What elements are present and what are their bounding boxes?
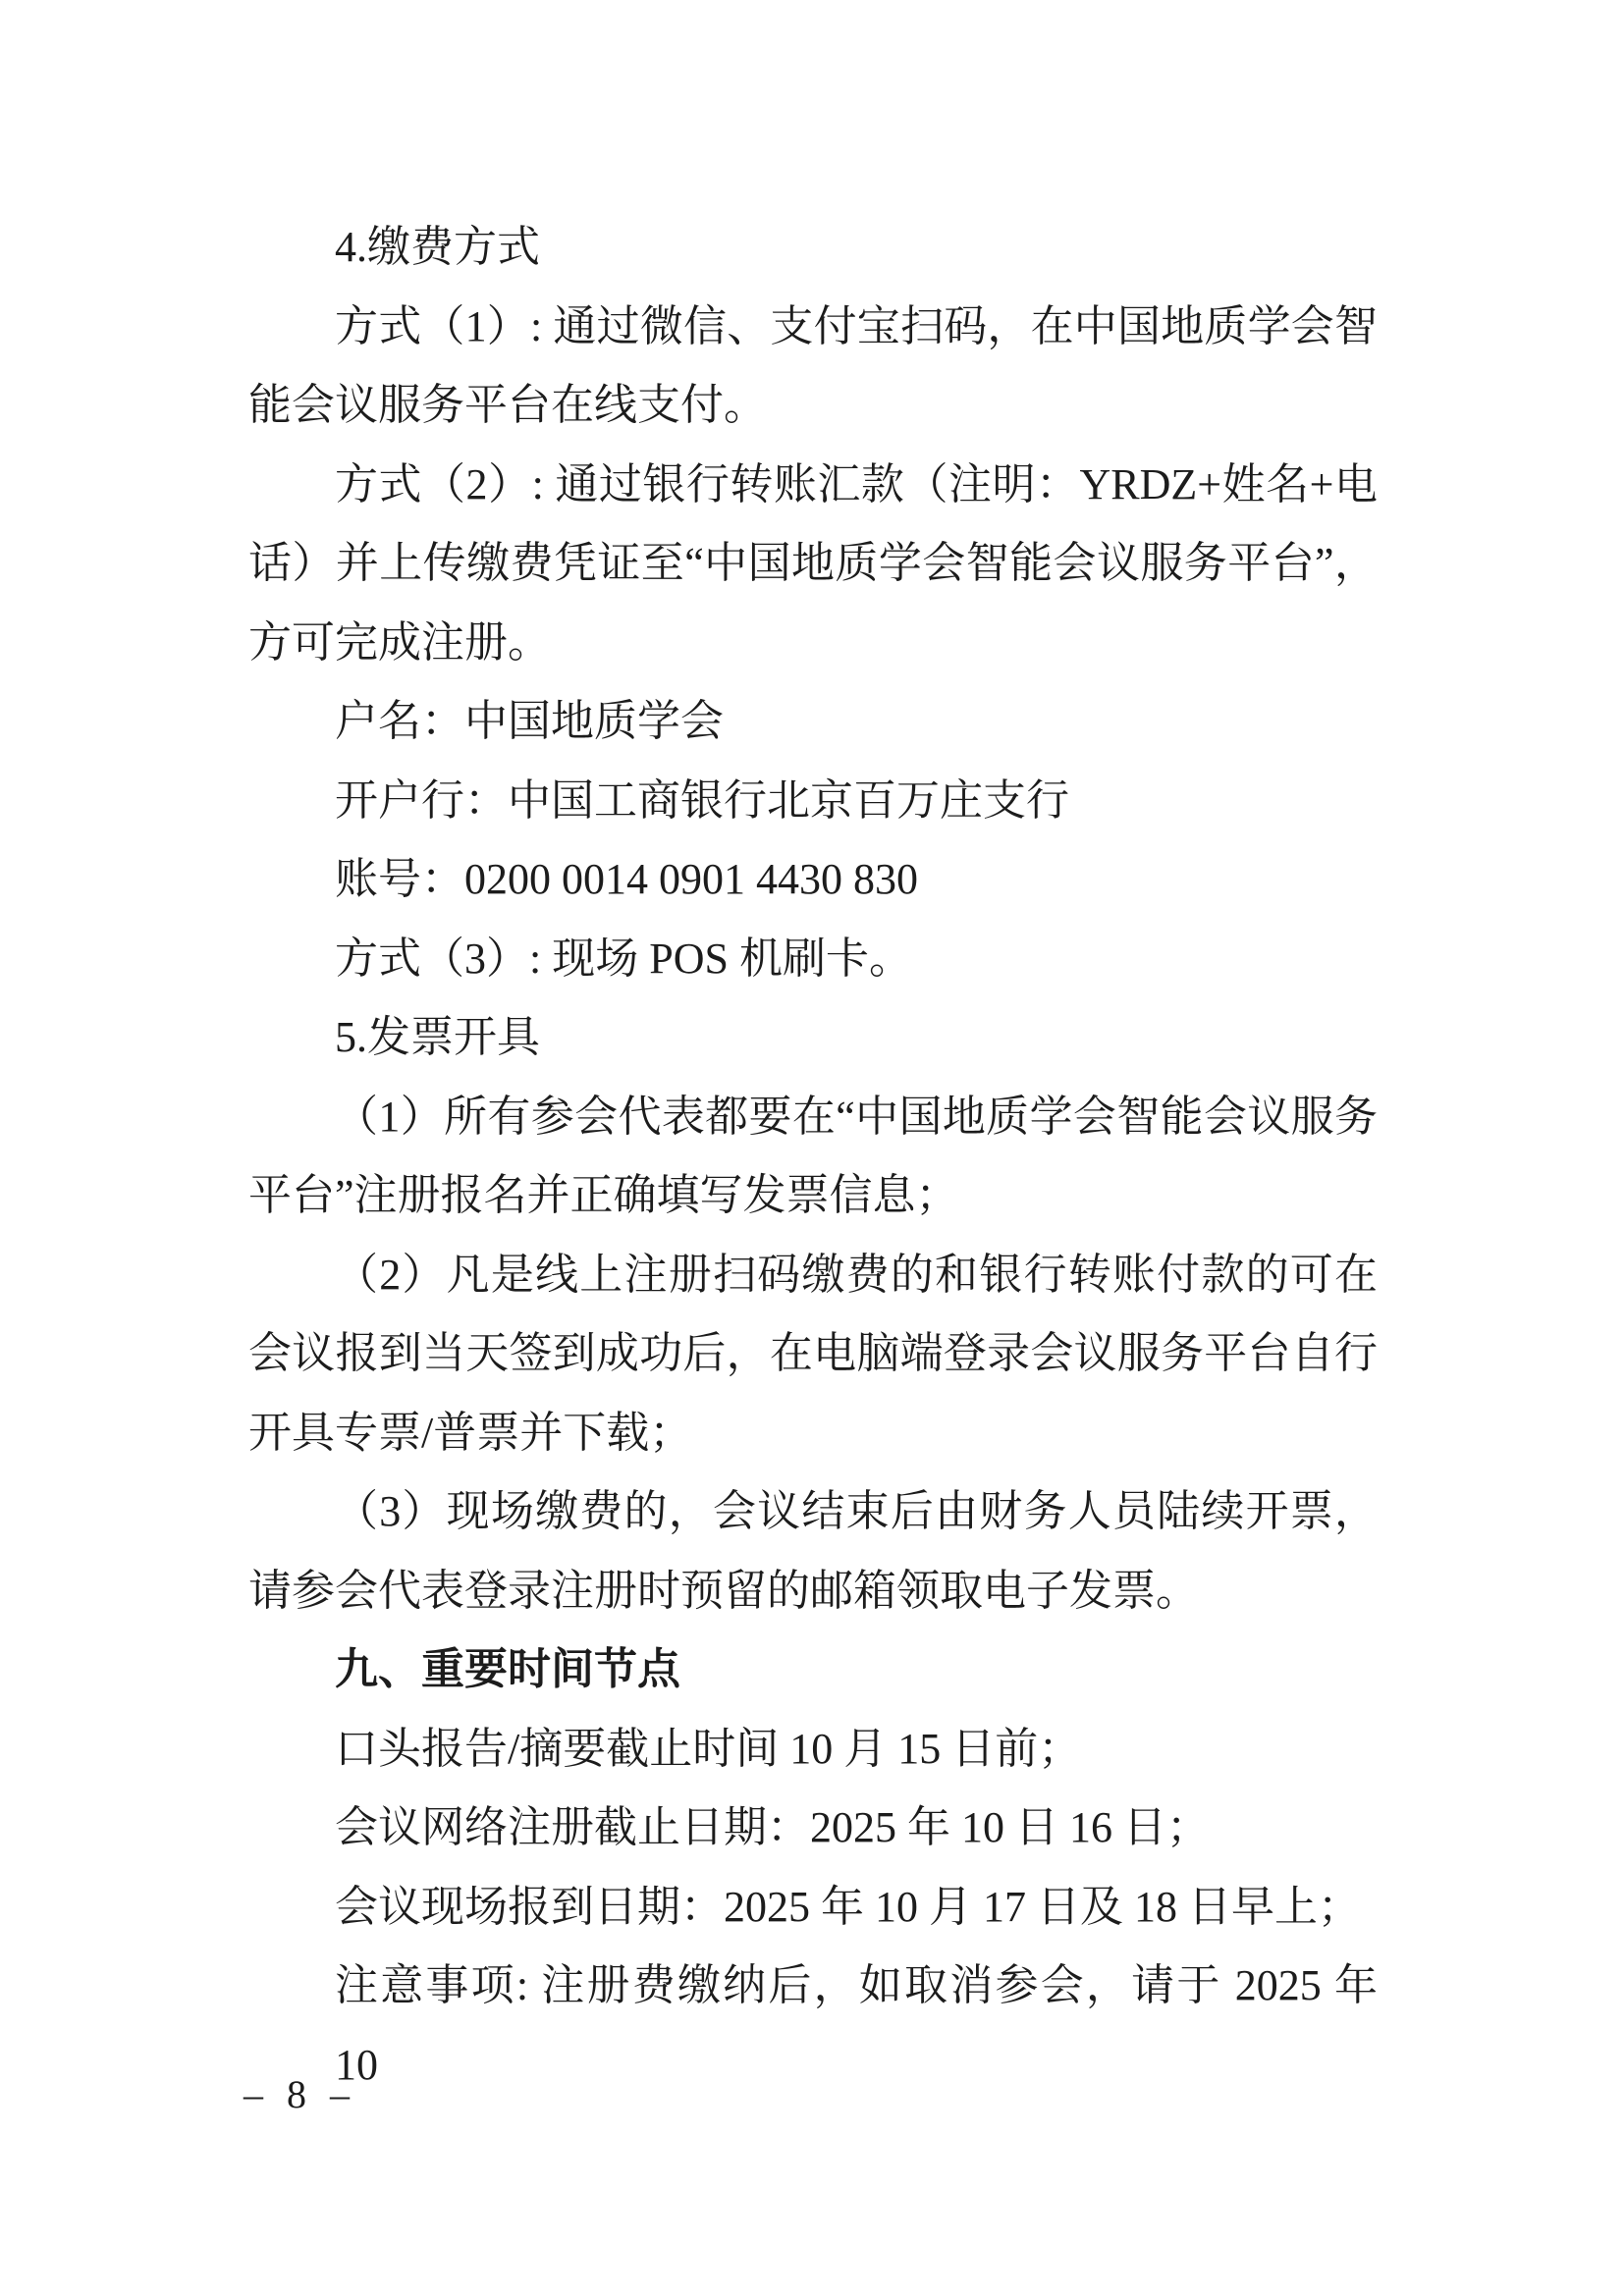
text-line: （3）现场缴费的，会议结束后由财务人员陆续开票， (248, 1472, 1378, 1552)
text-line: 开具专票/普票并下载； (248, 1394, 1378, 1473)
text-line: 户名：中国地质学会 (248, 682, 1378, 762)
text-line: 会议报到当天签到成功后，在电脑端登录会议服务平台自行 (248, 1314, 1378, 1394)
section-heading: 九、重要时间节点 (248, 1630, 1378, 1710)
text-line: 5.发票开具 (248, 998, 1378, 1078)
text-line: 方可完成注册。 (248, 604, 1378, 683)
text-line: 注意事项: 注册费缴纳后，如取消参会，请于 2025 年 10 (248, 1947, 1378, 2026)
document-page: 4.缴费方式方式（1）: 通过微信、支付宝扫码，在中国地质学会智能会议服务平台在… (0, 0, 1624, 2296)
text-line: 平台”注册报名并正确填写发票信息； (248, 1156, 1378, 1236)
document-body: 4.缴费方式方式（1）: 通过微信、支付宝扫码，在中国地质学会智能会议服务平台在… (248, 208, 1378, 2026)
text-line: 4.缴费方式 (248, 208, 1378, 288)
text-line: （2）凡是线上注册扫码缴费的和银行转账付款的可在 (248, 1236, 1378, 1315)
text-line: 会议现场报到日期：2025 年 10 月 17 日及 18 日早上； (248, 1868, 1378, 1948)
text-line: 账号：0200 0014 0901 4430 830 (248, 840, 1378, 920)
text-line: （1）所有参会代表都要在“中国地质学会智能会议服务 (248, 1078, 1378, 1157)
text-line: 话）并上传缴费凭证至“中国地质学会智能会议服务平台”， (248, 524, 1378, 604)
text-line: 能会议服务平台在线支付。 (248, 366, 1378, 446)
text-line: 方式（2）: 通过银行转账汇款（注明：YRDZ+姓名+电 (248, 446, 1378, 525)
text-line: 会议网络注册截止日期：2025 年 10 日 16 日； (248, 1789, 1378, 1868)
text-line: 开户行：中国工商银行北京百万庄支行 (248, 762, 1378, 841)
text-line: 方式（1）: 通过微信、支付宝扫码，在中国地质学会智 (248, 288, 1378, 367)
text-line: 口头报告/摘要截止时间 10 月 15 日前； (248, 1710, 1378, 1789)
page-number: – 8 – (244, 2071, 356, 2117)
text-line: 请参会代表登录注册时预留的邮箱领取电子发票。 (248, 1552, 1378, 1631)
text-line: 方式（3）: 现场 POS 机刷卡。 (248, 920, 1378, 999)
